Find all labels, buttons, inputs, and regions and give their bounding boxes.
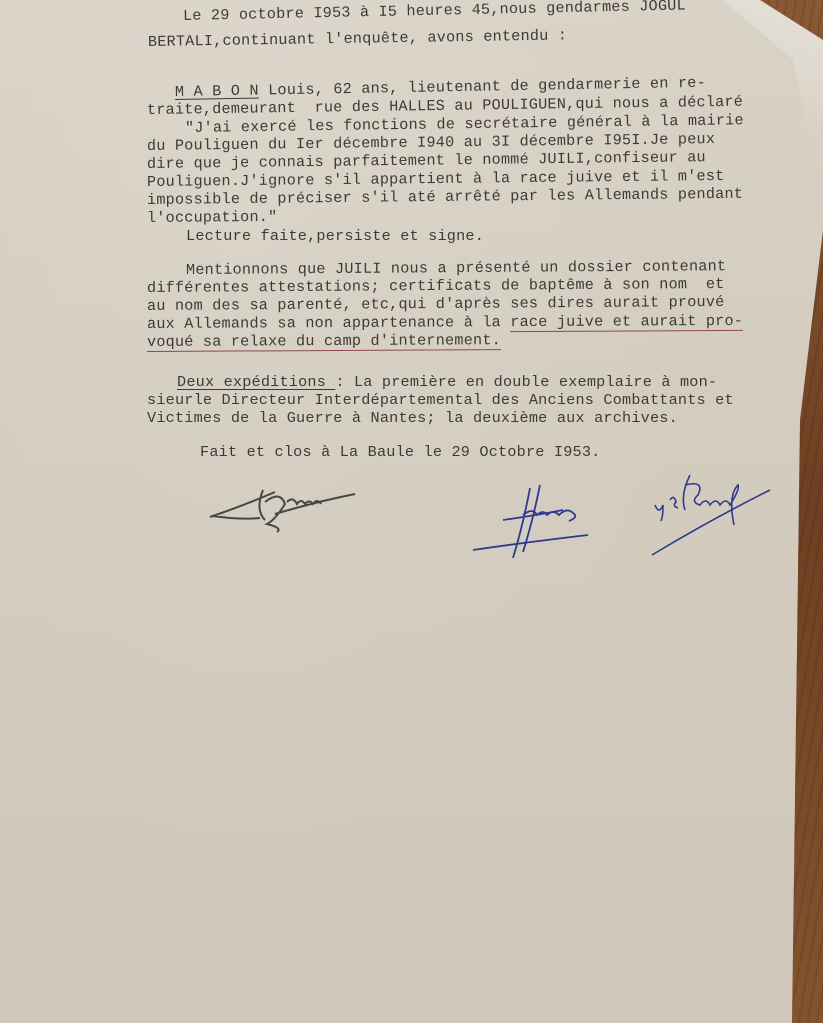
expeditions-label: Deux expéditions	[177, 373, 335, 391]
gendarme-1-signature	[468, 480, 628, 560]
intro-line-2: BERTALI,continuant l'enquête, avons ente…	[148, 27, 567, 51]
witness-name: M A B O N	[175, 82, 259, 101]
red-underline-race-juive: race juive et aurait pro-	[510, 312, 743, 332]
read-and-signed-line: Lecture faite,persiste et signe.	[186, 228, 484, 245]
expeditions-line-2: sieurle Directeur Interdépartemental des…	[147, 392, 734, 409]
red-underline-relaxe: voqué sa relaxe du camp d'internement.	[147, 331, 501, 352]
mention-line-5: voqué sa relaxe du camp d'internement.	[147, 332, 501, 351]
quote-line-5: impossible de préciser s'il até arrêté p…	[147, 186, 743, 209]
mention-line-4: aux Allemands sa non appartenance à la r…	[147, 313, 743, 333]
intro-line-1: Le 29 octobre I953 à I5 heures 45,nous g…	[183, 0, 686, 25]
witness-signature	[205, 480, 365, 540]
document-page: Le 29 octobre I953 à I5 heures 45,nous g…	[0, 0, 823, 1023]
gendarme-2-signature	[650, 470, 780, 560]
expeditions-line-1: Deux expéditions : La première en double…	[177, 374, 717, 391]
closing-line: Fait et clos à La Baule le 29 Octobre I9…	[200, 444, 601, 461]
expeditions-line-3: Victimes de la Guerre à Nantes; la deuxi…	[147, 410, 678, 427]
quote-line-6: l'occupation."	[147, 209, 278, 227]
